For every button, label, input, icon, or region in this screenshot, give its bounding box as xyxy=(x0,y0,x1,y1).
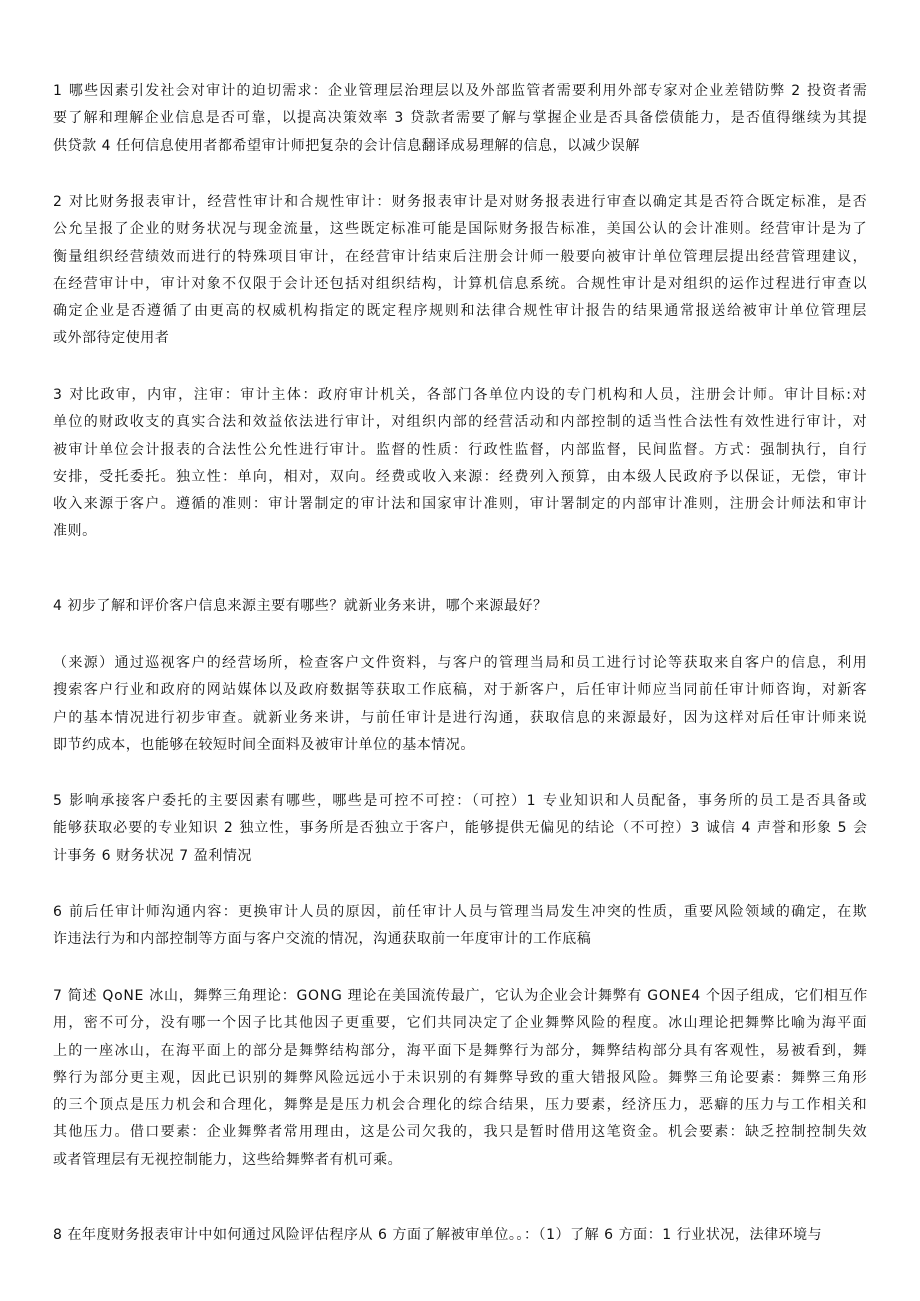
text-line: 衡量组织经营绩效而进行的特殊项目审计，在经营审计结束后注册会计师一般要向被审计单… xyxy=(53,244,868,271)
text-line: （来源）通过巡视客户的经营场所，检查客户文件资料，与客户的管理当局和员工进行讨论… xyxy=(53,650,868,677)
text-line: 安排，受托委托。独立性：单向，相对，双向。经费或收入来源：经费列入预算，由本级人… xyxy=(53,464,868,491)
paragraph-2: 2 对比财务报表审计，经营性审计和合规性审计：财务报表审计是对财务报表进行审查以… xyxy=(53,189,868,353)
paragraph-4: 4 初步了解和评价客户信息来源主要有哪些？就新业务来讲，哪个来源最好？ xyxy=(53,593,868,620)
document-page: 1 哪些因素引发社会对审计的迫切需求：企业管理层治理层以及外部监管者需要利用外部… xyxy=(0,0,920,1301)
text-line: 3 对比政审，内审，注审：审计主体：政府审计机关，各部门各单位内设的专门机构和人… xyxy=(53,382,868,409)
paragraph-1: 1 哪些因素引发社会对审计的迫切需求：企业管理层治理层以及外部监管者需要利用外部… xyxy=(53,78,868,160)
text-line: 弊行为部分更主观，因此已识别的舞弊风险远远小于未识别的有舞弊导致的重大错报风险。… xyxy=(53,1065,868,1092)
text-line: 其他压力。借口要素：企业舞弊者常用理由，这是公司欠我的，我只是暂时借用这笔资金。… xyxy=(53,1119,868,1146)
text-line: 能够获取必要的专业知识 2 独立性，事务所是否独立于客户，能够提供无偏见的结论（… xyxy=(53,815,868,842)
paragraph-7: 6 前后任审计师沟通内容：更换审计人员的原因，前任审计人员与管理当局发生冲突的性… xyxy=(53,899,868,954)
text-line: 的三个顶点是压力机会和合理化，舞弊是是压力机会合理化的综合结果，压力要素，经济压… xyxy=(53,1092,868,1119)
text-line: 户的基本情况进行初步审查。就新业务来讲，与前任审计是进行沟通，获取信息的来源最好… xyxy=(53,705,868,732)
text-line: 5 影响承接客户委托的主要因素有哪些，哪些是可控不可控：（可控）1 专业知识和人… xyxy=(53,788,868,815)
paragraph-8: 7 简述 QoNE 冰山，舞弊三角理论：GONG 理论在美国流传最广，它认为企业… xyxy=(53,983,868,1174)
text-line: 诈违法行为和内部控制等方面与客户交流的情况，沟通获取前一年度审计的工作底稿 xyxy=(53,926,868,953)
text-line: 或者管理层有无视控制能力，这些给舞弊者有机可乘。 xyxy=(53,1147,868,1174)
text-line: 1 哪些因素引发社会对审计的迫切需求：企业管理层治理层以及外部监管者需要利用外部… xyxy=(53,78,868,105)
text-line: 即节约成本，也能够在较短时间全面料及被审计单位的基本情况。 xyxy=(53,732,868,759)
text-line: 被审计单位会计报表的合法性公允性进行审计。监督的性质：行政性监督，内部监督，民间… xyxy=(53,437,868,464)
paragraph-6: 5 影响承接客户委托的主要因素有哪些，哪些是可控不可控：（可控）1 专业知识和人… xyxy=(53,788,868,870)
text-line: 4 初步了解和评价客户信息来源主要有哪些？就新业务来讲，哪个来源最好？ xyxy=(53,593,868,620)
paragraph-5: （来源）通过巡视客户的经营场所，检查客户文件资料，与客户的管理当局和员工进行讨论… xyxy=(53,650,868,759)
text-line: 确定企业是否遵循了由更高的权威机构指定的既定程序规则和法律合规性审计报告的结果通… xyxy=(53,298,868,325)
text-line: 上的一座冰山，在海平面上的部分是舞弊结构部分，海平面下是舞弊行为部分，舞弊结构部… xyxy=(53,1038,868,1065)
text-line: 用，密不可分，没有哪一个因子比其他因子更重要，它们共同决定了企业舞弊风险的程度。… xyxy=(53,1010,868,1037)
text-line: 8 在年度财务报表审计中如何通过风险评估程序从 6 方面了解被审单位。。：（1）… xyxy=(53,1222,868,1249)
text-line: 公允呈报了企业的财务状况与现金流量，这些既定标准可能是国际财务报告标准，美国公认… xyxy=(53,216,868,243)
text-line: 单位的财政收支的真实合法和效益依法进行审计，对组织内部的经营活动和内部控制的适当… xyxy=(53,409,868,436)
text-line: 收入来源于客户。遵循的准则：审计署制定的审计法和国家审计准则，审计署制定的内部审… xyxy=(53,491,868,518)
text-line: 搜索客户行业和政府的网站媒体以及政府数据等获取工作底稿，对于新客户，后任审计师应… xyxy=(53,677,868,704)
text-line: 7 简述 QoNE 冰山，舞弊三角理论：GONG 理论在美国流传最广，它认为企业… xyxy=(53,983,868,1010)
text-line: 准则。 xyxy=(53,518,868,545)
text-line: 要了解和理解企业信息是否可靠，以提高决策效率 3 贷款者需要了解与掌握企业是否具… xyxy=(53,105,868,132)
paragraph-9: 8 在年度财务报表审计中如何通过风险评估程序从 6 方面了解被审单位。。：（1）… xyxy=(53,1222,868,1249)
text-line: 计事务 6 财务状况 7 盈利情况 xyxy=(53,843,868,870)
text-line: 在经营审计中，审计对象不仅限于会计还包括对组织结构，计算机信息系统。合规性审计是… xyxy=(53,271,868,298)
paragraph-3: 3 对比政审，内审，注审：审计主体：政府审计机关，各部门各单位内设的专门机构和人… xyxy=(53,382,868,546)
text-line: 或外部待定使用者 xyxy=(53,325,868,352)
text-line: 供贷款 4 任何信息使用者都希望审计师把复杂的会计信息翻译成易理解的信息，以减少… xyxy=(53,133,868,160)
text-line: 2 对比财务报表审计，经营性审计和合规性审计：财务报表审计是对财务报表进行审查以… xyxy=(53,189,868,216)
text-line: 6 前后任审计师沟通内容：更换审计人员的原因，前任审计人员与管理当局发生冲突的性… xyxy=(53,899,868,926)
